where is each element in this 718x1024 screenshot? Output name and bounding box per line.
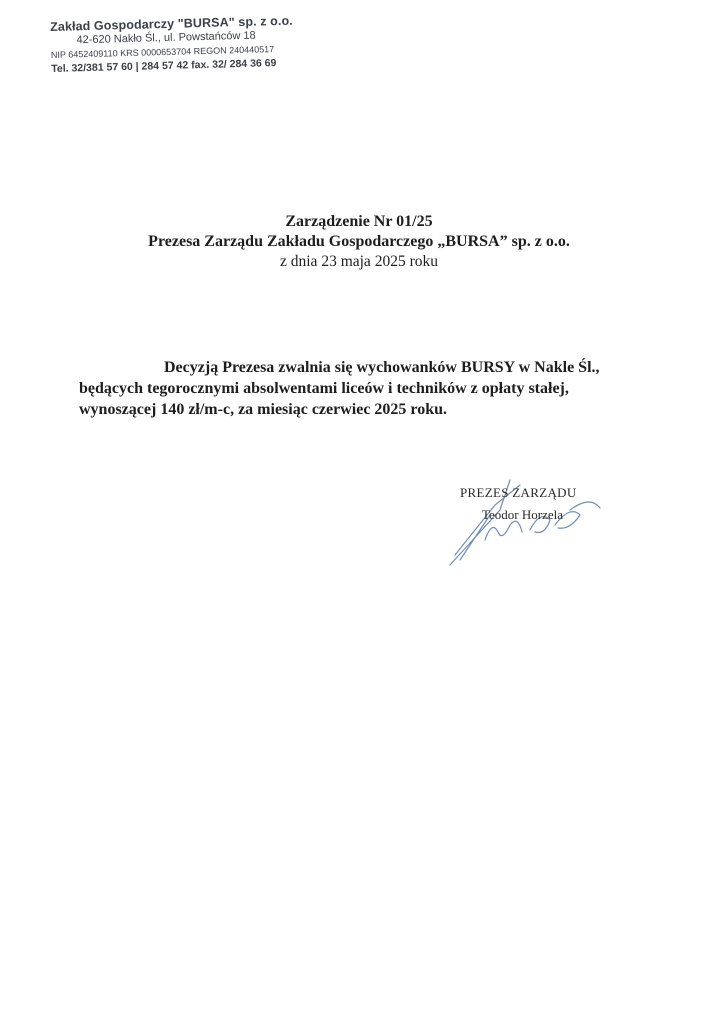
- company-stamp: Zakład Gospodarczy "BURSA" sp. z o.o. 42…: [50, 14, 271, 76]
- document-issuer: Prezesa Zarządu Zakładu Gospodarczego „B…: [0, 232, 718, 252]
- document-date: z dnia 23 maja 2025 roku: [0, 252, 718, 272]
- document-body: Decyzją Prezesa zwalnia się wychowanków …: [79, 357, 679, 420]
- body-line: wynoszącej 140 zł/m-c, za miesiąc czerwi…: [79, 399, 679, 420]
- signatory-role: PREZES ZARZĄDU: [460, 485, 577, 501]
- document-title: Zarządzenie Nr 01/25: [0, 212, 718, 232]
- body-line: Decyzją Prezesa zwalnia się wychowanków …: [79, 357, 679, 378]
- signatory-name: Teodor Horzela: [482, 507, 577, 523]
- body-line: będących tegorocznymi absolwentami liceó…: [79, 378, 679, 399]
- document-heading: Zarządzenie Nr 01/25 Prezesa Zarządu Zak…: [0, 212, 718, 272]
- signature-block: PREZES ZARZĄDU Teodor Horzela: [460, 485, 577, 523]
